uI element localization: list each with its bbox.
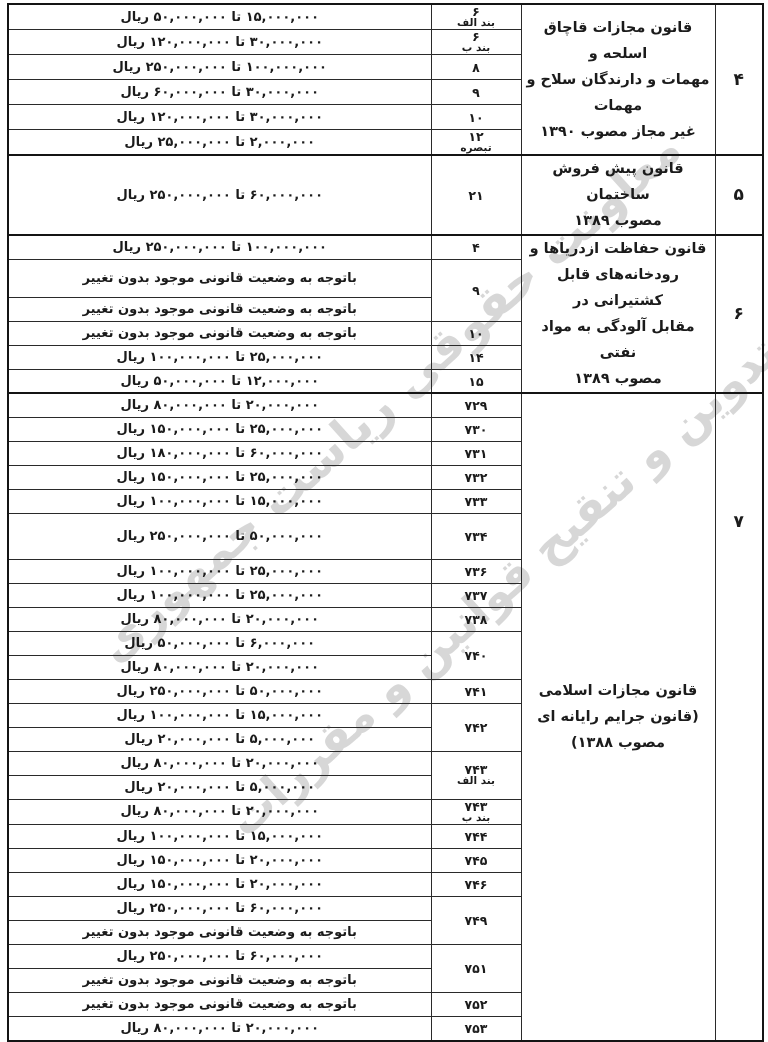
article-number: ۷۳۸ — [435, 613, 518, 626]
article-number-cell: ۹ — [431, 80, 521, 105]
law-name-line: غیر مجاز مصوب ۱۳۹۰ — [525, 119, 712, 145]
article-number-cell: ۷۴۴ — [431, 825, 521, 849]
fine-amount-cell: ۱۲,۰۰۰,۰۰۰ تا ۵۰,۰۰۰,۰۰۰ ریال — [8, 369, 431, 393]
fine-amount-cell: ۲۰,۰۰۰,۰۰۰ تا ۸۰,۰۰۰,۰۰۰ ریال — [8, 751, 431, 775]
article-number-cell: ۴ — [431, 235, 521, 259]
fine-amount-cell: ۲۵,۰۰۰,۰۰۰ تا ۱۵۰,۰۰۰,۰۰۰ ریال — [8, 417, 431, 441]
article-clause: بند الف — [435, 776, 518, 787]
article-number: ۷۳۲ — [435, 471, 518, 484]
fine-amount-cell: ۲۰,۰۰۰,۰۰۰ تا ۸۰,۰۰۰,۰۰۰ ریال — [8, 799, 431, 824]
article-number: ۸ — [435, 61, 518, 74]
fine-amount-cell: ۶۰,۰۰۰,۰۰۰ تا ۱۸۰,۰۰۰,۰۰۰ ریال — [8, 441, 431, 465]
article-number: ۷۴۴ — [435, 830, 518, 843]
article-number: ۷۴۲ — [435, 721, 518, 734]
article-number-cell: ۷۴۲ — [431, 703, 521, 751]
article-number-cell: ۷۳۳ — [431, 489, 521, 513]
article-number-cell: ۷۴۰ — [431, 631, 521, 679]
article-number: ۷۳۰ — [435, 423, 518, 436]
article-clause: بند ب — [435, 813, 518, 824]
article-number-cell: ۷۲۹ — [431, 393, 521, 417]
fine-amount-cell: ۱۵,۰۰۰,۰۰۰ تا ۱۰۰,۰۰۰,۰۰۰ ریال — [8, 825, 431, 849]
law-name-line: قانون مجازات قاچاق اسلحه و — [525, 15, 712, 67]
law-name-line: قانون پیش فروش ساختمان — [525, 156, 712, 208]
article-number: ۲۱ — [435, 189, 518, 202]
article-number-cell: ۷۳۶ — [431, 559, 521, 583]
law-name-line: (قانون جرایم رایانه ای — [525, 704, 712, 730]
row-number-cell: ۵ — [715, 155, 763, 235]
article-number-cell: ۸ — [431, 55, 521, 80]
fine-amount-cell: ۲۰,۰۰۰,۰۰۰ تا ۱۵۰,۰۰۰,۰۰۰ ریال — [8, 873, 431, 897]
article-number: ۱۰ — [435, 111, 518, 124]
fine-amount-cell: ۵۰,۰۰۰,۰۰۰ تا ۲۵۰,۰۰۰,۰۰۰ ریال — [8, 679, 431, 703]
article-number: ۷۴۵ — [435, 854, 518, 867]
article-number: ۹ — [435, 86, 518, 99]
law-name-cell: قانون مجازات قاچاق اسلحه ومهمات و دارندگ… — [521, 4, 715, 155]
fine-amount-cell: ۲۰,۰۰۰,۰۰۰ تا ۸۰,۰۰۰,۰۰۰ ریال — [8, 655, 431, 679]
fine-amount-cell: ۶۰,۰۰۰,۰۰۰ تا ۲۵۰,۰۰۰,۰۰۰ ریال — [8, 897, 431, 921]
article-number: ۴ — [435, 241, 518, 254]
article-number: ۷۴۰ — [435, 649, 518, 662]
article-number: ۱۰ — [435, 327, 518, 340]
fine-amount-cell: ۵,۰۰۰,۰۰۰ تا ۲۰,۰۰۰,۰۰۰ ریال — [8, 775, 431, 799]
fine-amount-cell: ۶,۰۰۰,۰۰۰ تا ۵۰,۰۰۰,۰۰۰ ریال — [8, 631, 431, 655]
fine-amount-cell: ۵۰,۰۰۰,۰۰۰ تا ۲۵۰,۰۰۰,۰۰۰ ریال — [8, 513, 431, 559]
fine-amount-cell: باتوجه به وضعیت قانونی موجود بدون تغییر — [8, 921, 431, 945]
law-name-cell: قانون مجازات اسلامی(قانون جرایم رایانه ا… — [521, 393, 715, 1007]
document-page: معاونت حقوقی ریاست جمهوری تدوین و تنقیح … — [0, 0, 768, 1007]
table-row: ۷قانون مجازات اسلامی(قانون جرایم رایانه … — [8, 393, 763, 417]
fine-amount-cell: ۲۰,۰۰۰,۰۰۰ تا ۱۵۰,۰۰۰,۰۰۰ ریال — [8, 849, 431, 873]
article-clause: بند ب — [435, 43, 518, 54]
article-number-cell: ۷۴۳بند الف — [431, 751, 521, 799]
law-name-line: رودخانه‌های قابل کشتیرانی در — [525, 262, 712, 314]
law-name-line: قانون مجازات اسلامی — [525, 678, 712, 704]
law-name-line: مصوب ۱۳۸۹ — [525, 366, 712, 392]
fine-amount-cell: ۵,۰۰۰,۰۰۰ تا ۲۰,۰۰۰,۰۰۰ ریال — [8, 727, 431, 751]
article-number-cell: ۲۱ — [431, 155, 521, 235]
fine-amount-cell: ۱۵,۰۰۰,۰۰۰ تا ۵۰,۰۰۰,۰۰۰ ریال — [8, 4, 431, 30]
law-name-line: مصوب ۱۳۸۹ — [525, 208, 712, 234]
fine-amount-cell: ۳۰,۰۰۰,۰۰۰ تا ۱۲۰,۰۰۰,۰۰۰ ریال — [8, 30, 431, 55]
article-number: ۹ — [435, 284, 518, 297]
article-number-cell: ۱۵ — [431, 369, 521, 393]
fine-amount-cell: باتوجه به وضعیت قانونی موجود بدون تغییر — [8, 969, 431, 993]
table-row: ۶قانون حفاظت ازدریاها ورودخانه‌های قابل … — [8, 235, 763, 259]
article-number-cell: ۷۳۲ — [431, 465, 521, 489]
fine-amount-cell: ۱۰۰,۰۰۰,۰۰۰ تا ۲۵۰,۰۰۰,۰۰۰ ریال — [8, 55, 431, 80]
article-number-cell: ۷۴۹ — [431, 897, 521, 945]
article-number-cell: ۱۰ — [431, 105, 521, 130]
article-number-cell: ۷۳۸ — [431, 607, 521, 631]
article-clause: تبصره — [435, 143, 518, 154]
article-number-cell: ۱۲تبصره — [431, 130, 521, 156]
article-clause: بند الف — [435, 18, 518, 29]
article-number: ۷۳۷ — [435, 589, 518, 602]
article-number: ۷۲۹ — [435, 399, 518, 412]
fine-amount-cell: ۲۵,۰۰۰,۰۰۰ تا ۱۰۰,۰۰۰,۰۰۰ ریال — [8, 345, 431, 369]
fine-amount-cell: ۲۰,۰۰۰,۰۰۰ تا ۸۰,۰۰۰,۰۰۰ ریال — [8, 393, 431, 417]
fine-amount-cell: ۱۵,۰۰۰,۰۰۰ تا ۱۰۰,۰۰۰,۰۰۰ ریال — [8, 703, 431, 727]
fine-amount-cell: ۲۵,۰۰۰,۰۰۰ تا ۱۰۰,۰۰۰,۰۰۰ ریال — [8, 559, 431, 583]
law-name-cell: قانون حفاظت ازدریاها ورودخانه‌های قابل ک… — [521, 235, 715, 393]
fine-amount-cell: باتوجه به وضعیت قانونی موجود بدون تغییر — [8, 297, 431, 321]
fine-amount-cell: باتوجه به وضعیت قانونی موجود بدون تغییر — [8, 259, 431, 297]
fine-amount-cell: ۲۵,۰۰۰,۰۰۰ تا ۱۰۰,۰۰۰,۰۰۰ ریال — [8, 583, 431, 607]
article-number: ۷۳۴ — [435, 530, 518, 543]
article-number-cell: ۷۳۱ — [431, 441, 521, 465]
article-number-cell: ۷۴۱ — [431, 679, 521, 703]
table-row: ۴قانون مجازات قاچاق اسلحه ومهمات و دارند… — [8, 4, 763, 30]
article-number-cell: ۹ — [431, 259, 521, 321]
article-number-cell: ۷۳۴ — [431, 513, 521, 559]
article-number-cell: ۶بند الف — [431, 4, 521, 30]
article-number-cell: ۷۳۷ — [431, 583, 521, 607]
article-number: ۷۴۱ — [435, 685, 518, 698]
fine-amount-cell: ۶۰,۰۰۰,۰۰۰ تا ۲۵۰,۰۰۰,۰۰۰ ریال — [8, 945, 431, 969]
fine-amount-cell: ۲,۰۰۰,۰۰۰ تا ۲۵,۰۰۰,۰۰۰ ریال — [8, 130, 431, 156]
article-number: ۷۳۱ — [435, 447, 518, 460]
row-number-cell: ۷ — [715, 393, 763, 1007]
law-name-line: مقابل آلودگی به مواد نفتی — [525, 314, 712, 366]
fine-amount-cell: ۲۵,۰۰۰,۰۰۰ تا ۱۵۰,۰۰۰,۰۰۰ ریال — [8, 465, 431, 489]
article-number-cell: ۱۰ — [431, 321, 521, 345]
fine-amount-cell: ۶۰,۰۰۰,۰۰۰ تا ۲۵۰,۰۰۰,۰۰۰ ریال — [8, 155, 431, 235]
fine-amount-cell: باتوجه به وضعیت قانونی موجود بدون تغییر — [8, 321, 431, 345]
article-number: ۷۳۳ — [435, 495, 518, 508]
article-number-cell: ۶بند ب — [431, 30, 521, 55]
article-number-cell: ۱۴ — [431, 345, 521, 369]
article-number: ۷۵۲ — [435, 998, 518, 1007]
article-number-cell: ۷۴۵ — [431, 849, 521, 873]
article-number: ۷۳۶ — [435, 565, 518, 578]
article-number-cell: ۷۵۲ — [431, 993, 521, 1007]
fine-amount-cell: ۲۰,۰۰۰,۰۰۰ تا ۸۰,۰۰۰,۰۰۰ ریال — [8, 607, 431, 631]
penalties-table: ۴قانون مجازات قاچاق اسلحه ومهمات و دارند… — [7, 3, 764, 1007]
fine-amount-cell: ۱۵,۰۰۰,۰۰۰ تا ۱۰۰,۰۰۰,۰۰۰ ریال — [8, 489, 431, 513]
article-number: ۷۴۶ — [435, 878, 518, 891]
fine-amount-cell: ۳۰,۰۰۰,۰۰۰ تا ۶۰,۰۰۰,۰۰۰ ریال — [8, 80, 431, 105]
row-number-cell: ۶ — [715, 235, 763, 393]
law-name-line: مهمات و دارندگان سلاح و مهمات — [525, 67, 712, 119]
article-number-cell: ۷۳۰ — [431, 417, 521, 441]
law-name-line: قانون حفاظت ازدریاها و — [525, 236, 712, 262]
article-number-cell: ۷۴۳بند ب — [431, 799, 521, 824]
article-number: ۷۴۹ — [435, 914, 518, 927]
law-name-line: مصوب ۱۳۸۸) — [525, 730, 712, 756]
article-number-cell: ۷۵۱ — [431, 945, 521, 993]
article-number: ۷۵۱ — [435, 962, 518, 975]
table-row: ۵قانون پیش فروش ساختمانمصوب ۱۳۸۹۲۱۶۰,۰۰۰… — [8, 155, 763, 235]
article-number: ۱۴ — [435, 351, 518, 364]
law-name-cell: قانون پیش فروش ساختمانمصوب ۱۳۸۹ — [521, 155, 715, 235]
article-number: ۱۵ — [435, 375, 518, 388]
row-number-cell: ۴ — [715, 4, 763, 155]
fine-amount-cell: ۱۰۰,۰۰۰,۰۰۰ تا ۲۵۰,۰۰۰,۰۰۰ ریال — [8, 235, 431, 259]
fine-amount-cell: ۳۰,۰۰۰,۰۰۰ تا ۱۲۰,۰۰۰,۰۰۰ ریال — [8, 105, 431, 130]
article-number-cell: ۷۴۶ — [431, 873, 521, 897]
fine-amount-cell: باتوجه به وضعیت قانونی موجود بدون تغییر — [8, 993, 431, 1007]
